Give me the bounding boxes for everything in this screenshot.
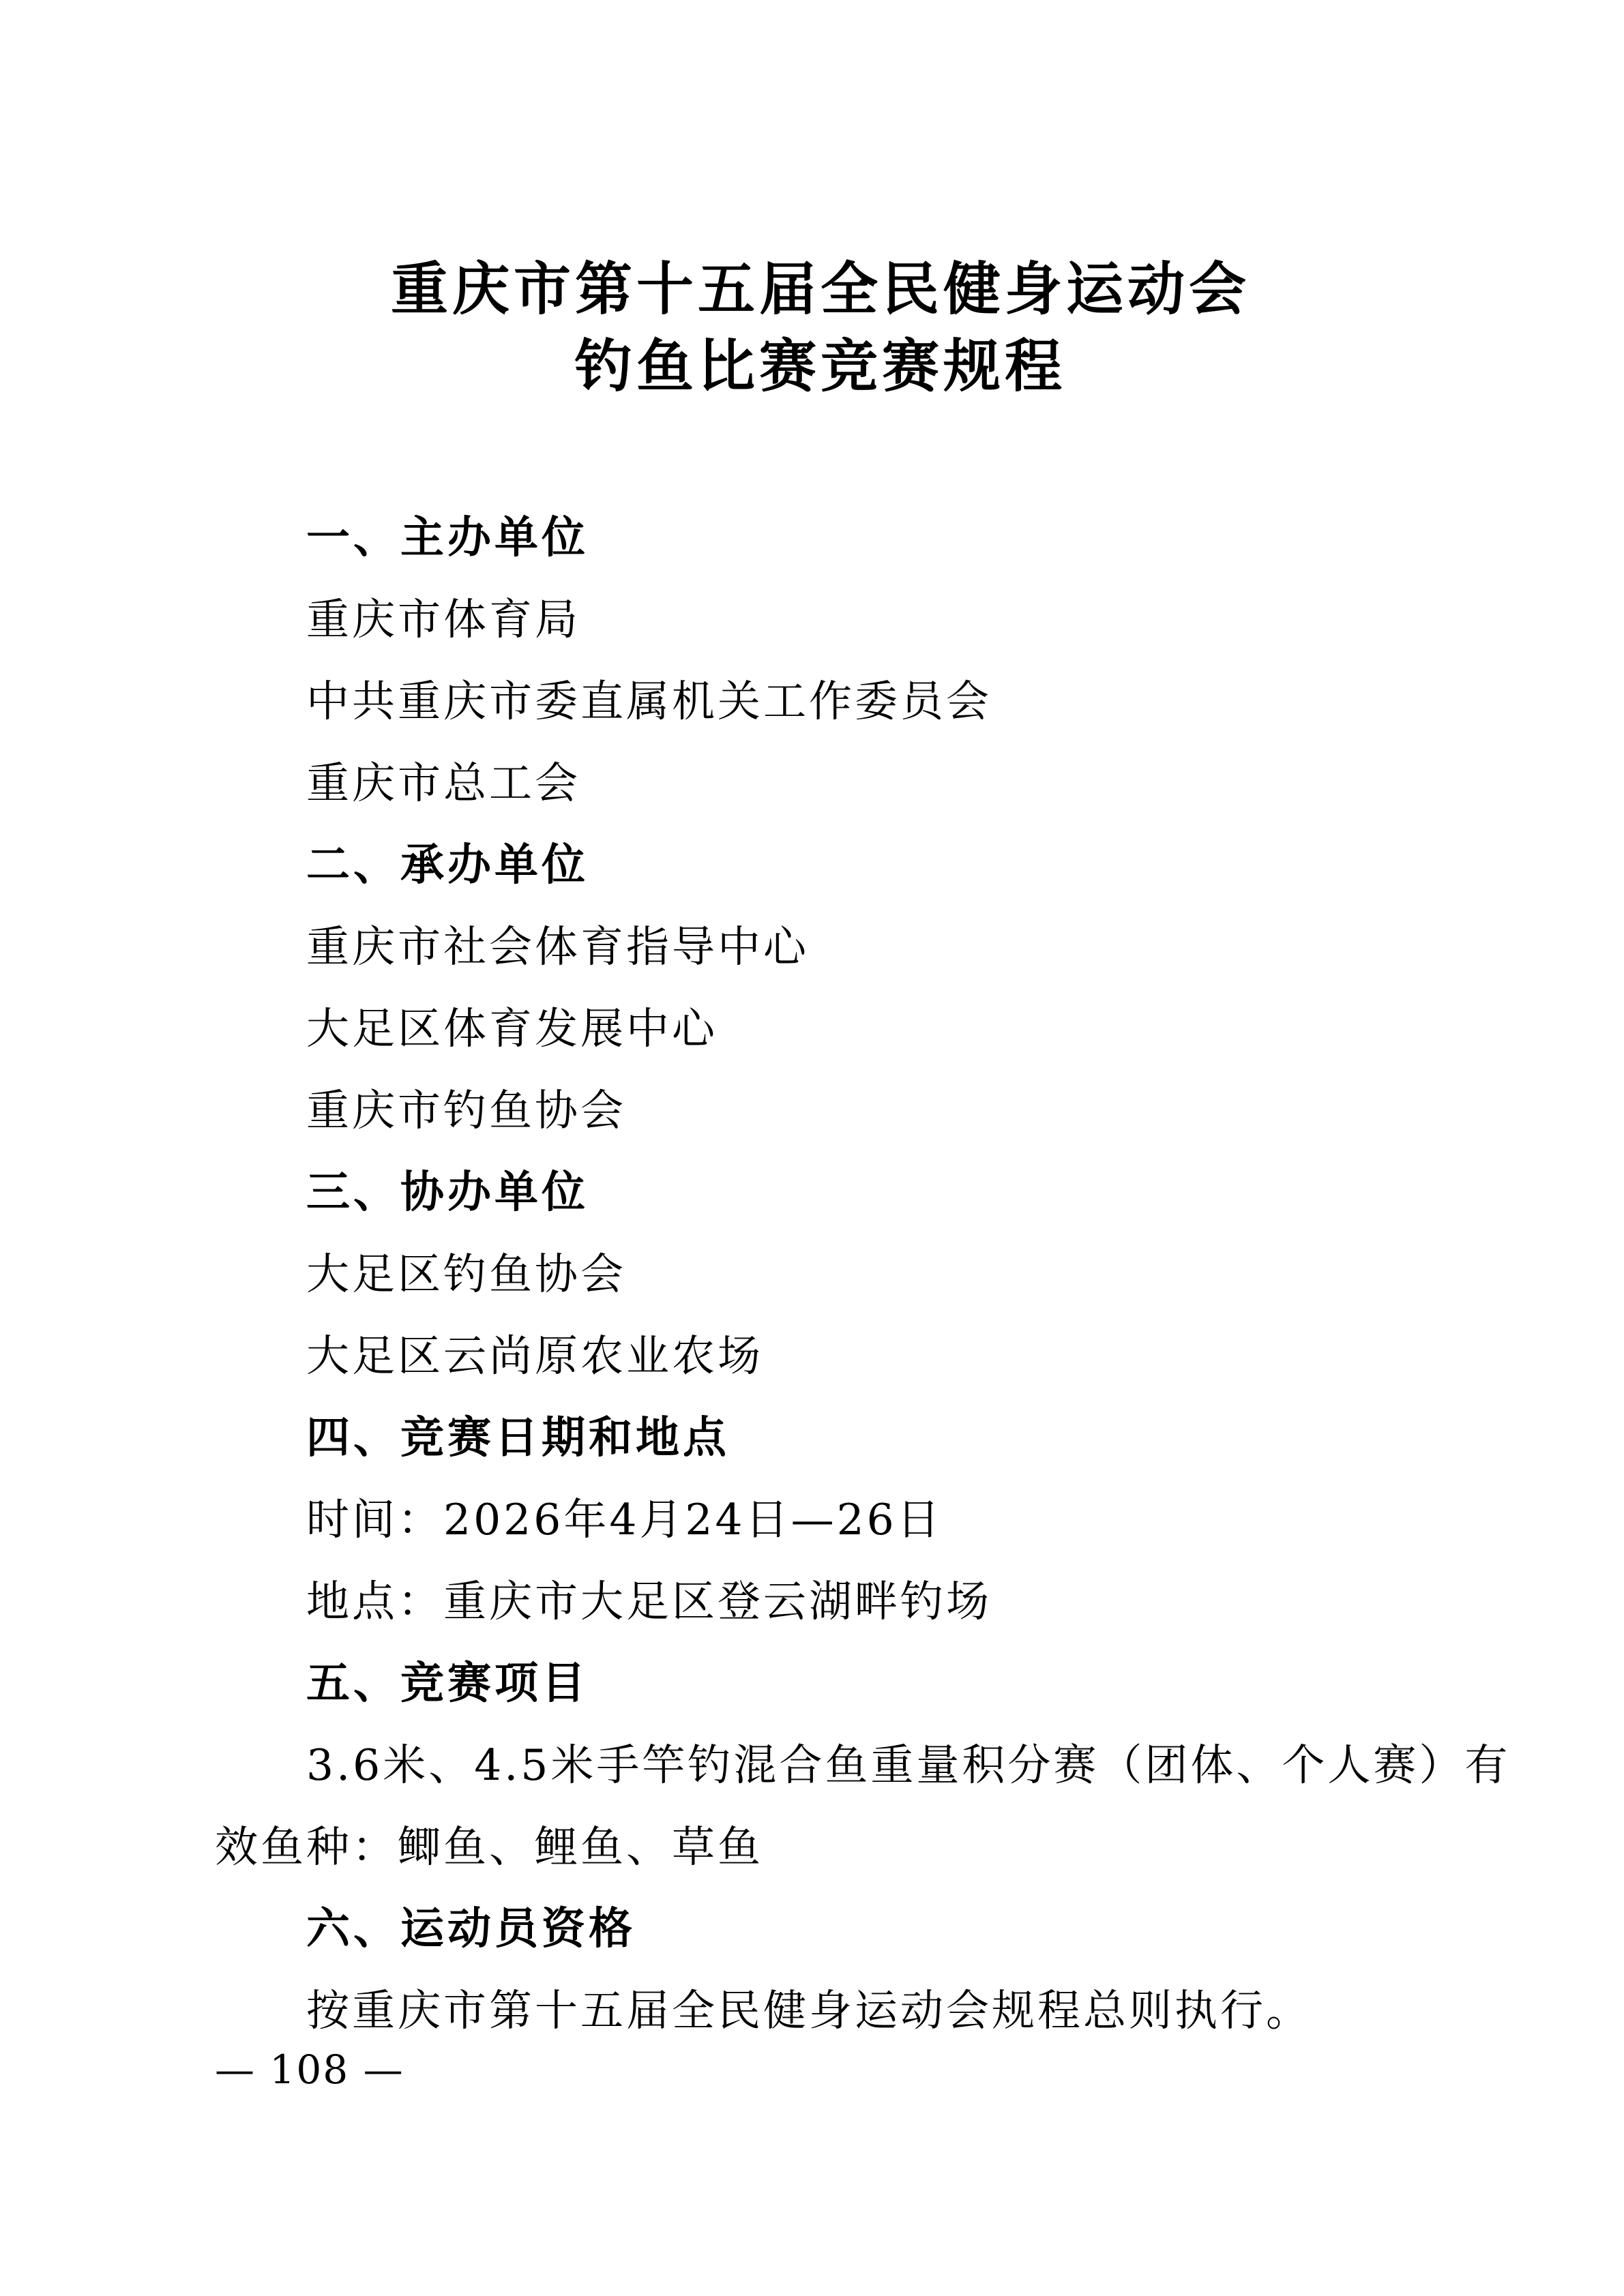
page-number: — 108 — xyxy=(215,2029,404,2111)
event-description-line1: 3.6米、4.5米手竿钓混合鱼重量积分赛（团体、个人赛）有 xyxy=(215,1725,1426,1806)
competition-time: 时间：2026年4月24日—26日 xyxy=(215,1479,1426,1561)
undertaker-item: 大足区体育发展中心 xyxy=(215,988,1426,1070)
organizer-item: 重庆市总工会 xyxy=(215,743,1426,824)
organizer-item: 重庆市体育局 xyxy=(215,579,1426,661)
competition-location: 地点：重庆市大足区登云湖畔钓场 xyxy=(215,1561,1426,1643)
section-heading-undertaker: 二、承办单位 xyxy=(215,824,1426,906)
section-heading-eligibility: 六、运动员资格 xyxy=(215,1888,1426,1970)
document-body: 一、主办单位 重庆市体育局 中共重庆市委直属机关工作委员会 重庆市总工会 二、承… xyxy=(215,497,1426,2052)
document-title: 重庆市第十五届全民健身运动会 钓鱼比赛竞赛规程 xyxy=(215,250,1426,404)
co-organizer-item: 大足区钓鱼协会 xyxy=(215,1234,1426,1315)
section-heading-organizer: 一、主办单位 xyxy=(215,497,1426,579)
section-heading-co-organizer: 三、协办单位 xyxy=(215,1152,1426,1234)
event-description-line2: 效鱼种：鲫鱼、鲤鱼、草鱼 xyxy=(215,1806,1426,1888)
co-organizer-item: 大足区云尚原农业农场 xyxy=(215,1315,1426,1397)
document-title-line1: 重庆市第十五届全民健身运动会 xyxy=(391,255,1250,323)
section-heading-events: 五、竞赛项目 xyxy=(215,1643,1426,1725)
document-page: 重庆市第十五届全民健身运动会 钓鱼比赛竞赛规程 一、主办单位 重庆市体育局 中共… xyxy=(0,0,1624,2296)
organizer-item: 中共重庆市委直属机关工作委员会 xyxy=(215,661,1426,743)
undertaker-item: 重庆市钓鱼协会 xyxy=(215,1070,1426,1152)
undertaker-item: 重庆市社会体育指导中心 xyxy=(215,906,1426,988)
document-title-line2: 钓鱼比赛竞赛规程 xyxy=(575,332,1066,400)
section-heading-date-location: 四、竞赛日期和地点 xyxy=(215,1397,1426,1479)
